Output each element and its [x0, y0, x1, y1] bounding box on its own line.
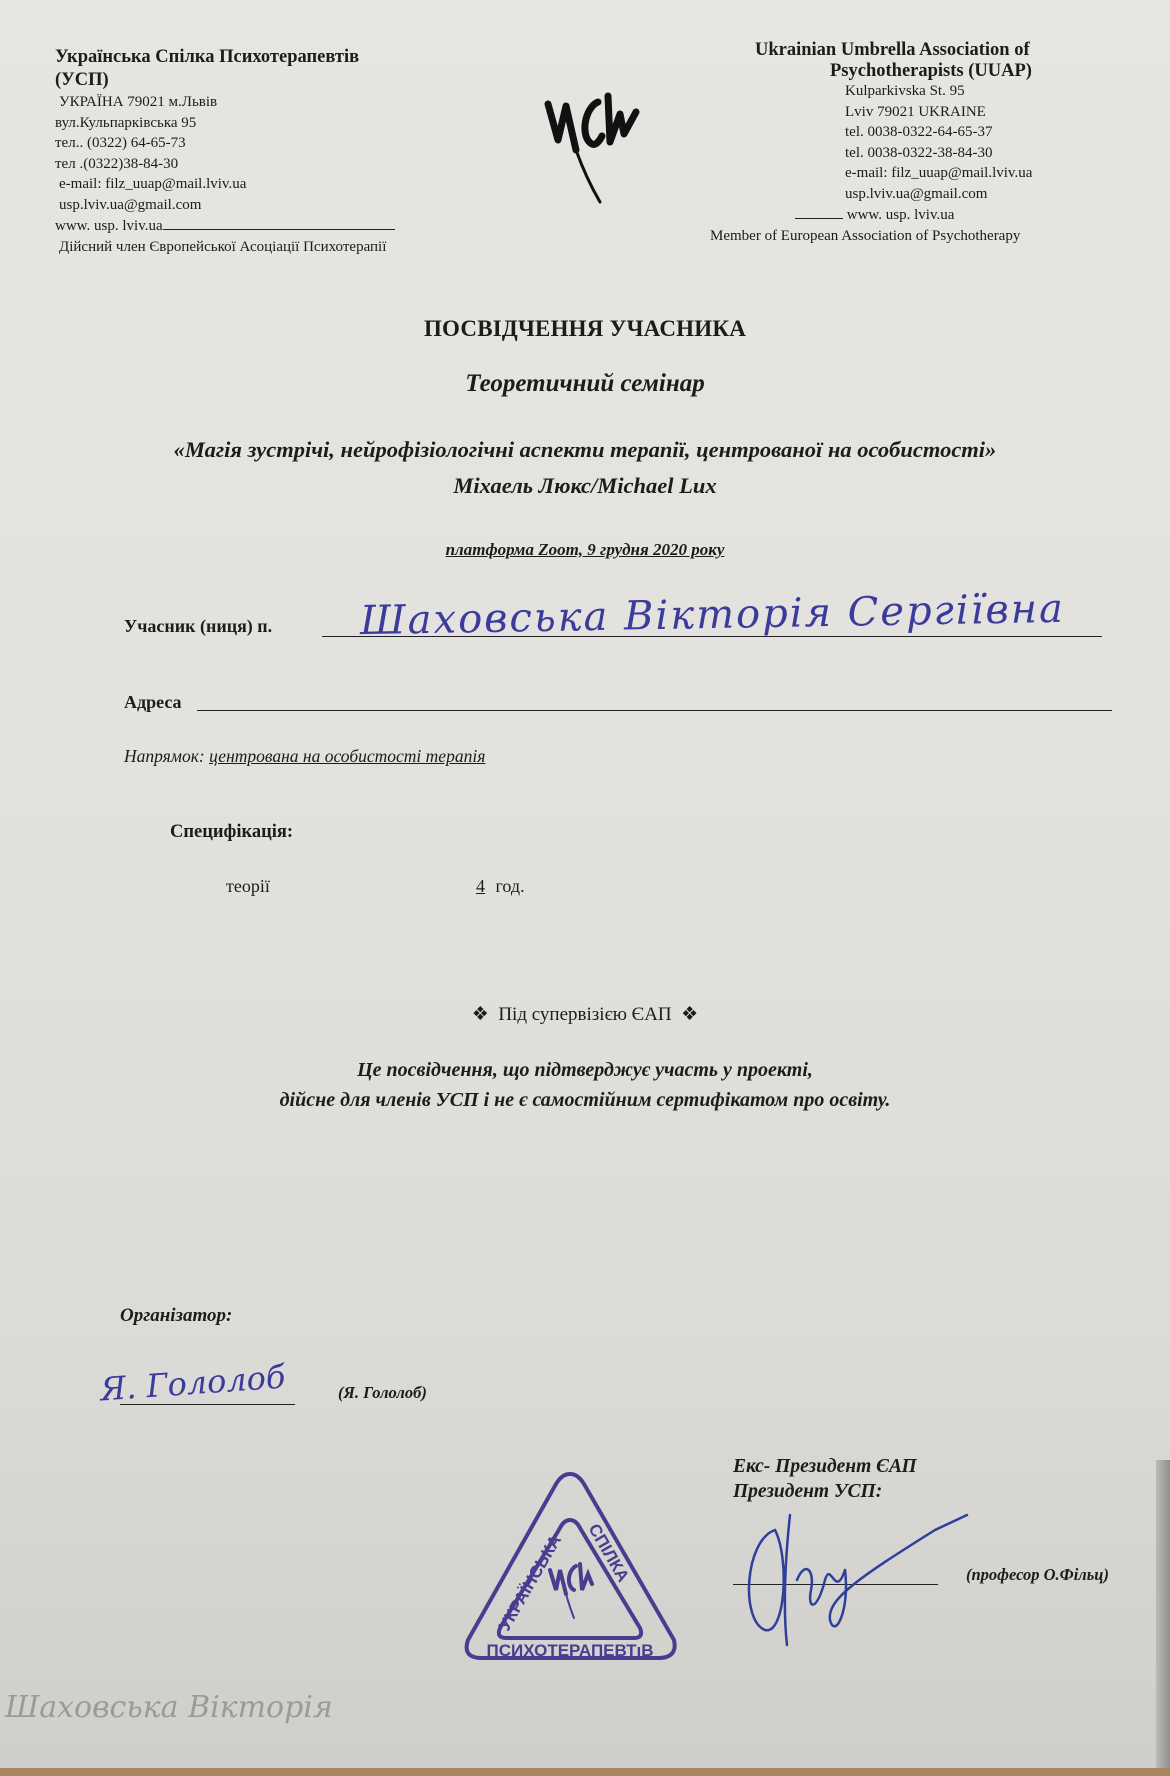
member-line: Дійсний член Європейської Асоціації Псих… [59, 237, 395, 258]
org-name-en: Ukrainian Umbrella Association of [755, 40, 1140, 61]
address-label: Адреса [124, 692, 182, 713]
address-line: Lviv 79021 UKRAINE [845, 102, 1140, 123]
address-underline [197, 710, 1112, 711]
document-title: ПОСВІДЧЕННЯ УЧАСНИКА [0, 316, 1170, 342]
address-line: Kulparkivska St. 95 [845, 81, 1140, 102]
president-title-line-1: Екс- Президент ЄАП [733, 1454, 917, 1479]
supervision-text: Під супервізією ЄАП [498, 1004, 671, 1025]
table-edge [0, 1768, 1170, 1776]
email-line: e-mail: filz_uuap@mail.lviv.ua [59, 174, 395, 195]
document-subtitle: Теоретичний семінар [0, 370, 1170, 398]
address-line: УКРАЇНА 79021 м.Львів [59, 92, 395, 113]
email-line: e-mail: filz_uuap@mail.lviv.ua [845, 163, 1140, 184]
seminar-speaker: Міхаель Люкс/Michael Lux [0, 473, 1170, 499]
page-edge-shadow [1156, 1460, 1170, 1776]
address-line: вул.Кульпарківська 95 [55, 113, 395, 134]
hours-unit: год. [496, 876, 525, 896]
direction-label: Напрямок: [124, 746, 205, 766]
specification-label: Специфікація: [170, 822, 293, 843]
theory-label: теорії [226, 876, 270, 897]
phone-line: тел.. (0322) 64-65-73 [55, 133, 395, 154]
website-line: www. usp. lviv.ua [847, 207, 955, 223]
member-line: Member of European Association of Psycho… [710, 226, 1140, 247]
note-line-2: дійсне для членів УСП і не є самостійним… [0, 1085, 1170, 1115]
note-line-1: Це посвідчення, що підтверджує участь у … [0, 1055, 1170, 1085]
org-name-en-2: Psychotherapists (UUAP) [830, 61, 1140, 82]
ornament-icon: ❖ [681, 1004, 698, 1025]
theory-hours: 4 год. [470, 876, 525, 897]
seminar-platform-date: платформа Zoom, 9 грудня 2020 року [0, 540, 1170, 560]
pencil-note: Шаховська Вікторія [5, 1690, 333, 1725]
hours-value: 4 [470, 876, 491, 896]
president-name: (професор О.Фільц) [966, 1565, 1109, 1585]
validity-note: Це посвідчення, що підтверджує участь у … [0, 1055, 1170, 1115]
website-line: www. usp. lviv.ua [55, 218, 163, 234]
president-title: Екс- Президент ЄАП Президент УСП: [733, 1454, 917, 1504]
email-line: usp.lviv.ua@gmail.com [59, 195, 395, 216]
direction-value: центрована на особистості терапія [209, 746, 485, 766]
president-signature-icon [735, 1500, 975, 1650]
org-name-ua: Українська Спілка Психотерапевтів [55, 46, 395, 69]
header-left: Українська Спілка Психотерапевтів (УСП) … [55, 46, 395, 257]
direction-row: Напрямок: центрована на особистості тера… [124, 746, 485, 767]
stamp-text-bottom: ПСИХОТЕРАПЕВТıВ [486, 1641, 653, 1660]
organizer-name: (Я. Гололоб) [338, 1383, 427, 1403]
phone-line: тел .(0322)38-84-30 [55, 154, 395, 175]
email-line: usp.lviv.ua@gmail.com [845, 184, 1140, 205]
ornament-icon: ❖ [472, 1004, 489, 1025]
org-abbr-ua: (УСП) [55, 69, 395, 92]
phone-line: tel. 0038-0322-64-65-37 [845, 122, 1140, 143]
phone-line: tel. 0038-0322-38-84-30 [845, 143, 1140, 164]
seminar-topic: «Магія зустрічі, нейрофізіологічні аспек… [0, 437, 1170, 463]
organization-stamp: УКРАЇНСЬКА СПІЛКА ПСИХОТЕРАПЕВТıВ [458, 1462, 683, 1672]
supervision-line: ❖ Під супервізією ЄАП ❖ [0, 1003, 1170, 1026]
usp-logo-icon [540, 82, 645, 207]
organizer-label: Організатор: [120, 1305, 232, 1327]
participant-label: Учасник (ниця) п. [124, 616, 272, 637]
header-right: Ukrainian Umbrella Association of Psycho… [700, 40, 1140, 246]
